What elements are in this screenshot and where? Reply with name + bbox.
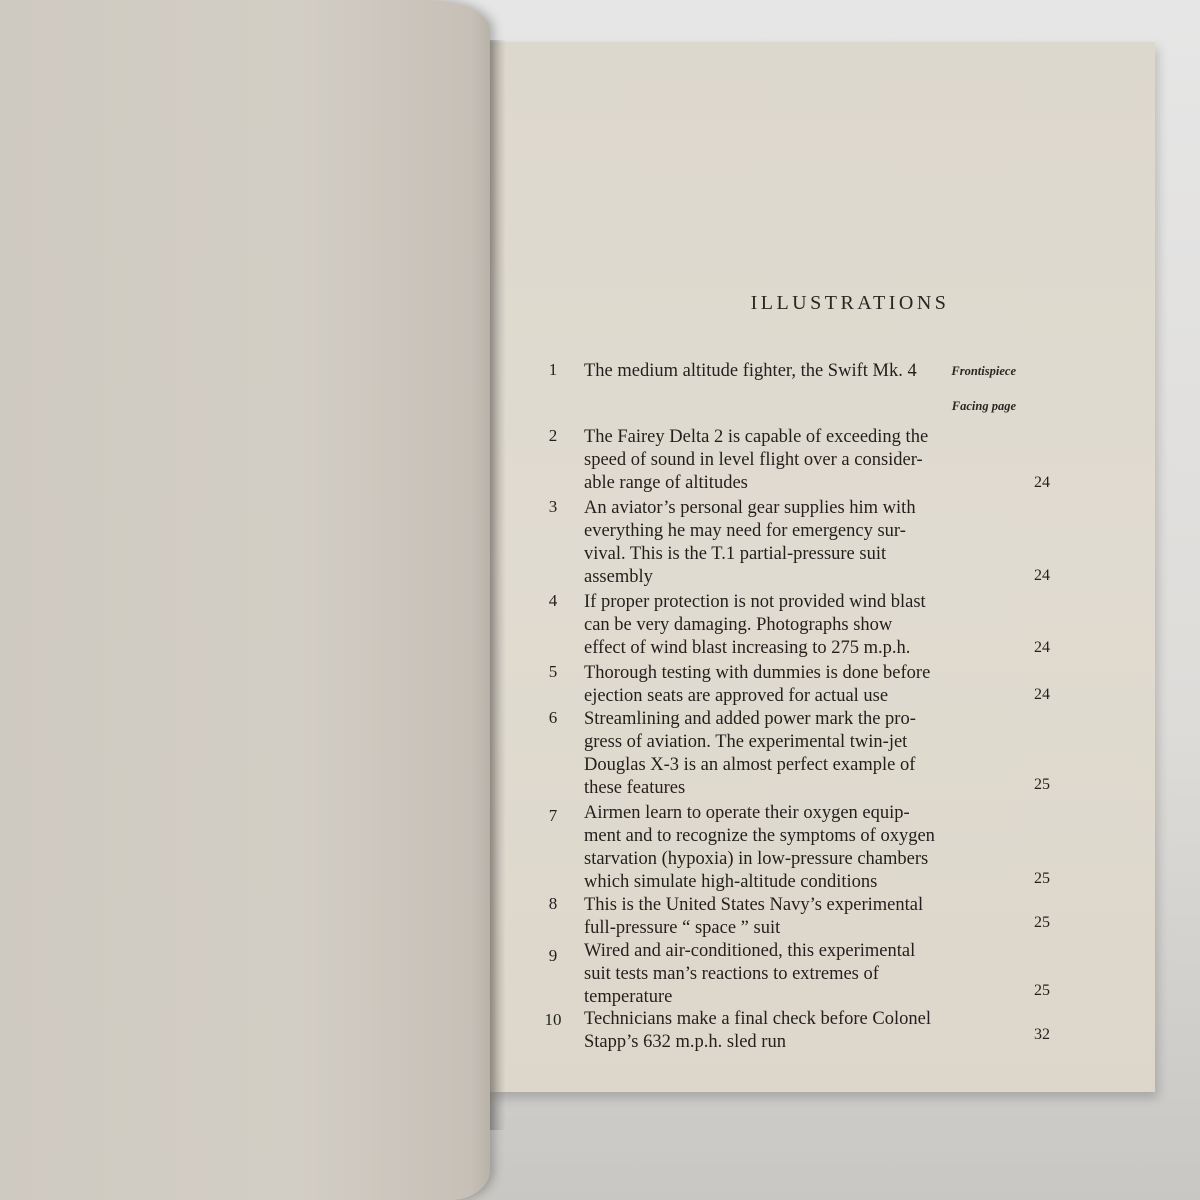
entry-number: 2	[538, 426, 568, 446]
entry-text: Thorough testing with dummies is done be…	[584, 662, 992, 708]
entry-line: effect of wind blast increasing to 275 m…	[584, 637, 992, 660]
page-number: 24	[1010, 567, 1050, 585]
entry-number: 9	[538, 946, 568, 966]
entry-line: suit tests man’s reactions to extremes o…	[584, 963, 992, 986]
entry-line: everything he may need for emergency sur…	[584, 520, 992, 543]
entry-line: gress of aviation. The experimental twin…	[584, 731, 992, 754]
page-number: 24	[1010, 686, 1050, 704]
page-title: ILLUSTRATIONS	[490, 292, 1155, 315]
entry-number: 1	[538, 360, 568, 380]
entry-line: Stapp’s 632 m.p.h. sled run	[584, 1031, 992, 1054]
page-number: 32	[1010, 1026, 1050, 1044]
entry-line: Thorough testing with dummies is done be…	[584, 662, 992, 685]
entry-text: The medium altitude fighter, the Swift M…	[584, 360, 992, 383]
entry-line: these features	[584, 777, 992, 800]
page-number: 25	[1010, 870, 1050, 888]
right-page: ILLUSTRATIONS 1 The medium altitude figh…	[490, 42, 1155, 1092]
entry-number: 10	[538, 1010, 568, 1030]
entry-line: full-pressure “ space ” suit	[584, 917, 992, 940]
frontispiece-label: Frontispiece	[951, 364, 1016, 379]
entry-text: An aviator’s personal gear supplies him …	[584, 497, 992, 589]
entry-line: This is the United States Navy’s experim…	[584, 894, 992, 917]
left-page-blank	[0, 0, 490, 1200]
entry-line: ment and to recognize the symptoms of ox…	[584, 825, 992, 848]
entry-line: If proper protection is not provided win…	[584, 591, 992, 614]
entry-line: Douglas X-3 is an almost perfect example…	[584, 754, 992, 777]
entry-line: able range of altitudes	[584, 472, 992, 495]
entry-text: Technicians make a final check before Co…	[584, 1008, 992, 1054]
entry-line: can be very damaging. Photographs show	[584, 614, 992, 637]
entry-number: 4	[538, 591, 568, 611]
page-number: 25	[1010, 776, 1050, 794]
entry-line: Streamlining and added power mark the pr…	[584, 708, 992, 731]
entry-line: The Fairey Delta 2 is capable of exceedi…	[584, 426, 992, 449]
entry-text: The Fairey Delta 2 is capable of exceedi…	[584, 426, 992, 495]
entry-text: This is the United States Navy’s experim…	[584, 894, 992, 940]
entry-number: 6	[538, 708, 568, 728]
entry-text: If proper protection is not provided win…	[584, 591, 992, 660]
entry-line: vival. This is the T.1 partial-pressure …	[584, 543, 992, 566]
page-number: 25	[1010, 982, 1050, 1000]
entry-line: starvation (hypoxia) in low-pressure cha…	[584, 848, 992, 871]
page-number: 24	[1010, 474, 1050, 492]
entry-number: 8	[538, 894, 568, 914]
entry-text: Wired and air-conditioned, this experime…	[584, 940, 992, 1009]
entry-number: 3	[538, 497, 568, 517]
entry-line: Technicians make a final check before Co…	[584, 1008, 992, 1031]
page-number: 25	[1010, 914, 1050, 932]
entry-number: 5	[538, 662, 568, 682]
entry-text: Streamlining and added power mark the pr…	[584, 708, 992, 800]
entry-text: Airmen learn to operate their oxygen equ…	[584, 802, 992, 894]
page-number: 24	[1010, 639, 1050, 657]
entry-line: temperature	[584, 986, 992, 1009]
entry-line: assembly	[584, 566, 992, 589]
entry-line: An aviator’s personal gear supplies him …	[584, 497, 992, 520]
entry-line: which simulate high-altitude conditions	[584, 871, 992, 894]
entry-line: The medium altitude fighter, the Swift M…	[584, 360, 992, 383]
entry-line: ejection seats are approved for actual u…	[584, 685, 992, 708]
facing-page-label: Facing page	[952, 399, 1016, 414]
entry-number: 7	[538, 806, 568, 826]
entry-line: Wired and air-conditioned, this experime…	[584, 940, 992, 963]
entry-line: speed of sound in level flight over a co…	[584, 449, 992, 472]
entry-line: Airmen learn to operate their oxygen equ…	[584, 802, 992, 825]
